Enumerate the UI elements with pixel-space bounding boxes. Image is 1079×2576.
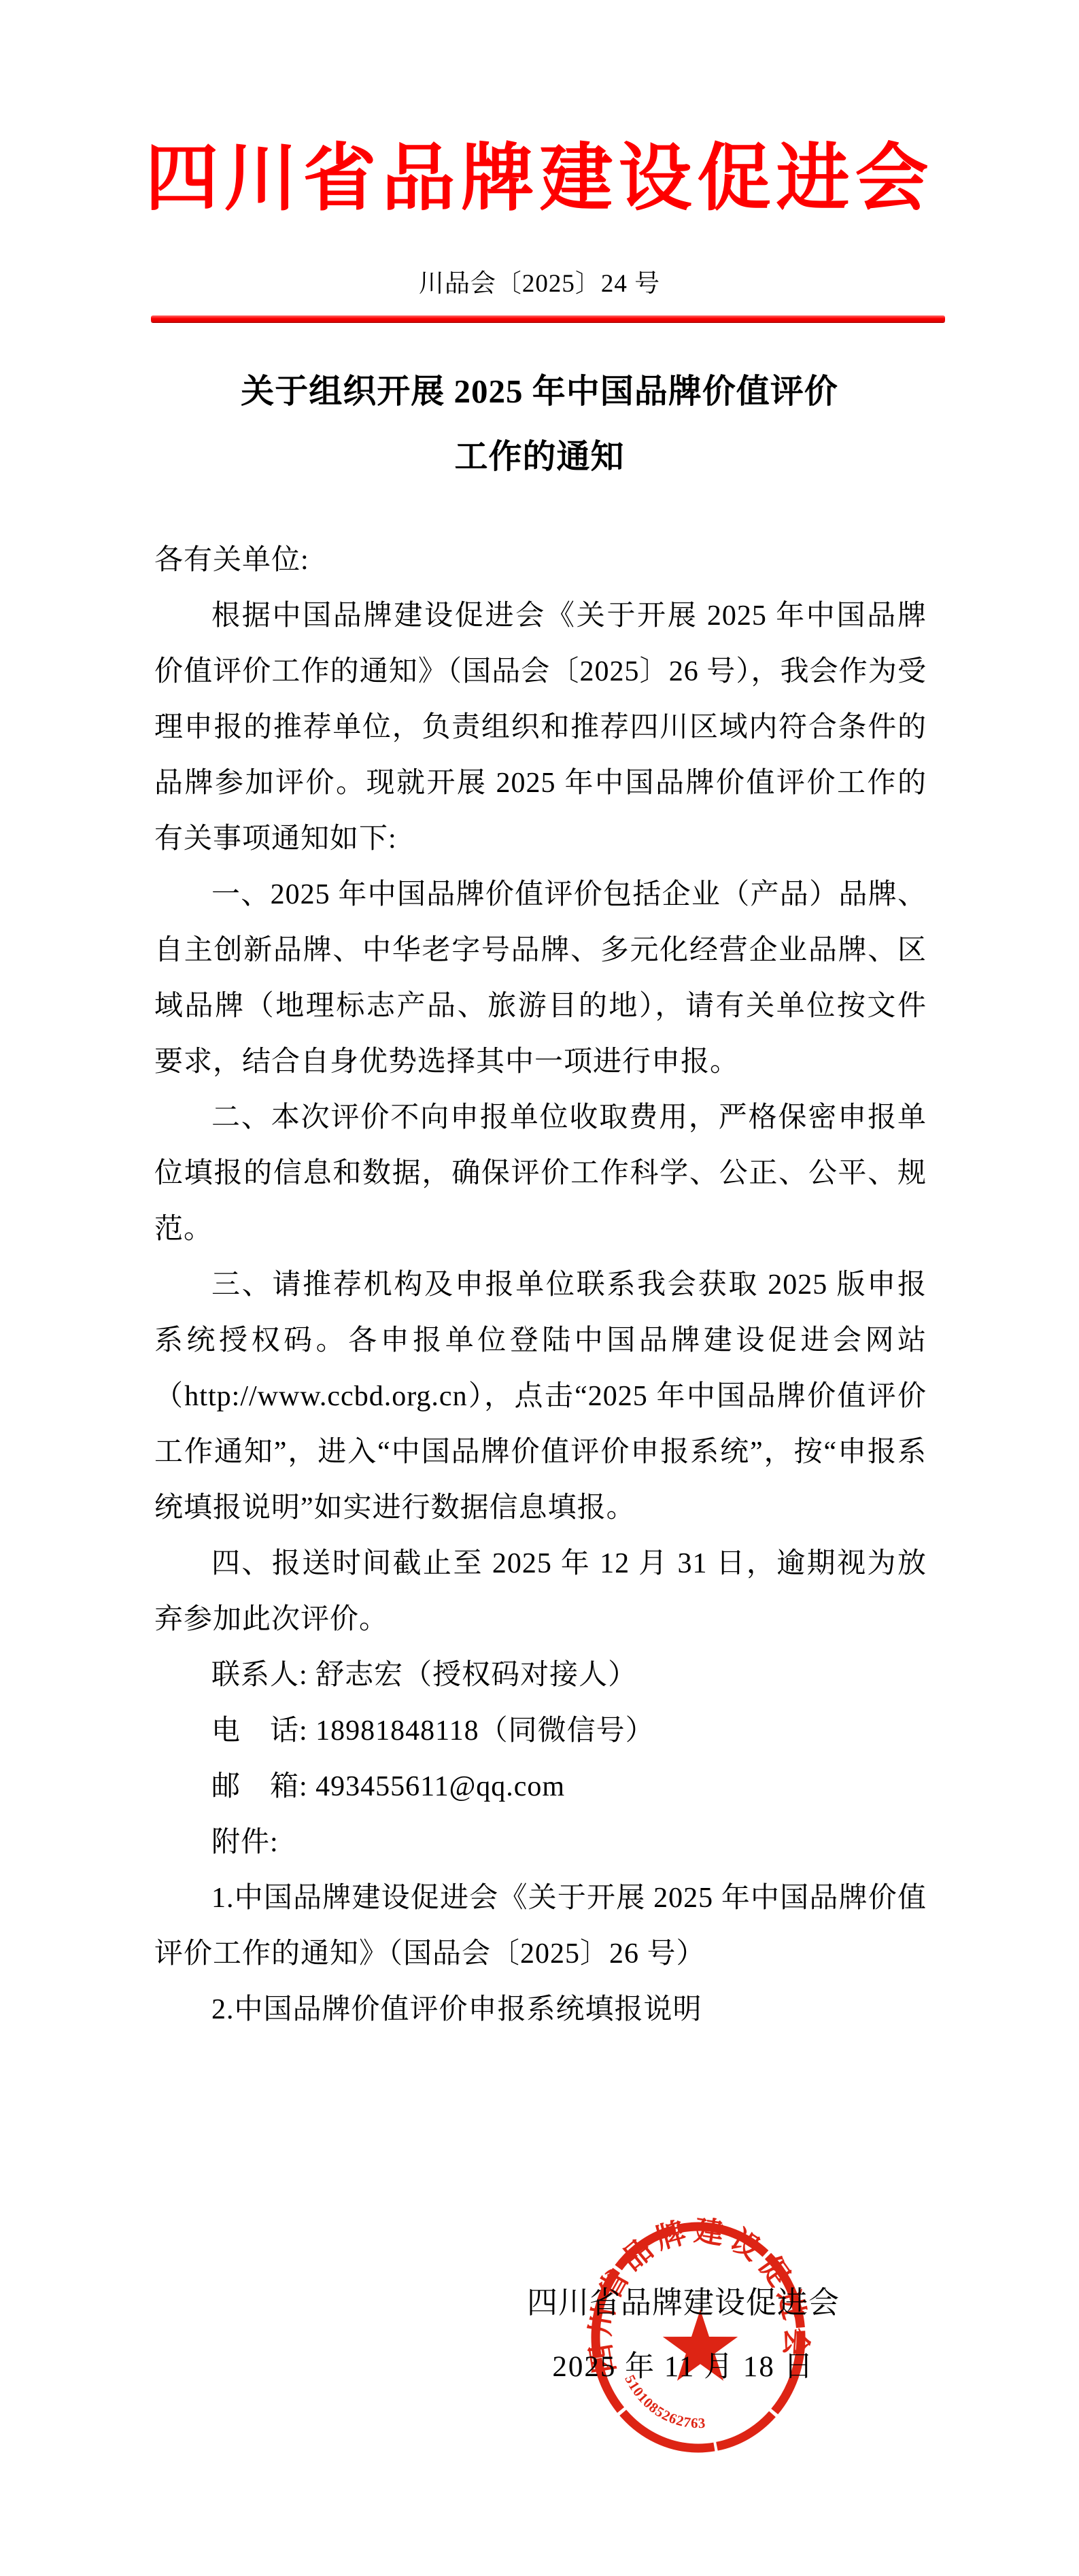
attachment-1: 1.中国品牌建设促进会《关于开展 2025 年中国品牌价值评价工作的通知》（国品…	[154, 1870, 927, 1982]
document-page: 四川省品牌建设促进会 川品会〔2025〕24 号 关于组织开展 2025 年中国…	[0, 0, 1079, 2576]
doc-title-line1: 关于组织开展 2025 年中国品牌价值评价	[0, 359, 1079, 424]
item-4: 四、报送时间截止至 2025 年 12 月 31 日，逾期视为放弃参加此次评价。	[154, 1536, 927, 1647]
doc-title: 关于组织开展 2025 年中国品牌价值评价 工作的通知	[0, 359, 1079, 490]
intro-paragraph: 根据中国品牌建设促进会《关于开展 2025 年中国品牌价值评价工作的通知》（国品…	[154, 588, 927, 867]
red-divider-rule	[151, 315, 945, 322]
item-2: 二、本次评价不向申报单位收取费用，严格保密申报单位填报的信息和数据，确保评价工作…	[154, 1090, 927, 1257]
org-masthead: 四川省品牌建设促进会	[0, 133, 1079, 225]
seal-star-icon	[663, 2309, 738, 2381]
doc-number: 川品会〔2025〕24 号	[0, 269, 1079, 299]
contact-phone: 电 话: 18981848118（同微信号）	[154, 1703, 927, 1759]
doc-body: 各有关单位: 根据中国品牌建设促进会《关于开展 2025 年中国品牌价值评价工作…	[154, 532, 927, 2038]
doc-title-line2: 工作的通知	[0, 424, 1079, 490]
salutation: 各有关单位:	[154, 532, 927, 588]
official-seal: 四川省品牌建设促进会 5101085262763	[585, 2218, 812, 2457]
item-3: 三、请推荐机构及申报单位联系我会获取 2025 版申报系统授权码。各申报单位登陆…	[154, 1257, 927, 1536]
attachment-2: 2.中国品牌价值评价申报系统填报说明	[154, 1982, 927, 2038]
item-1: 一、2025 年中国品牌价值评价包括企业（产品）品牌、自主创新品牌、中华老字号品…	[154, 867, 927, 1090]
attachments-label: 附件:	[154, 1815, 927, 1870]
contact-email: 邮 箱: 493455611@qq.com	[154, 1759, 927, 1815]
contact-person: 联系人: 舒志宏（授权码对接人）	[154, 1647, 927, 1703]
